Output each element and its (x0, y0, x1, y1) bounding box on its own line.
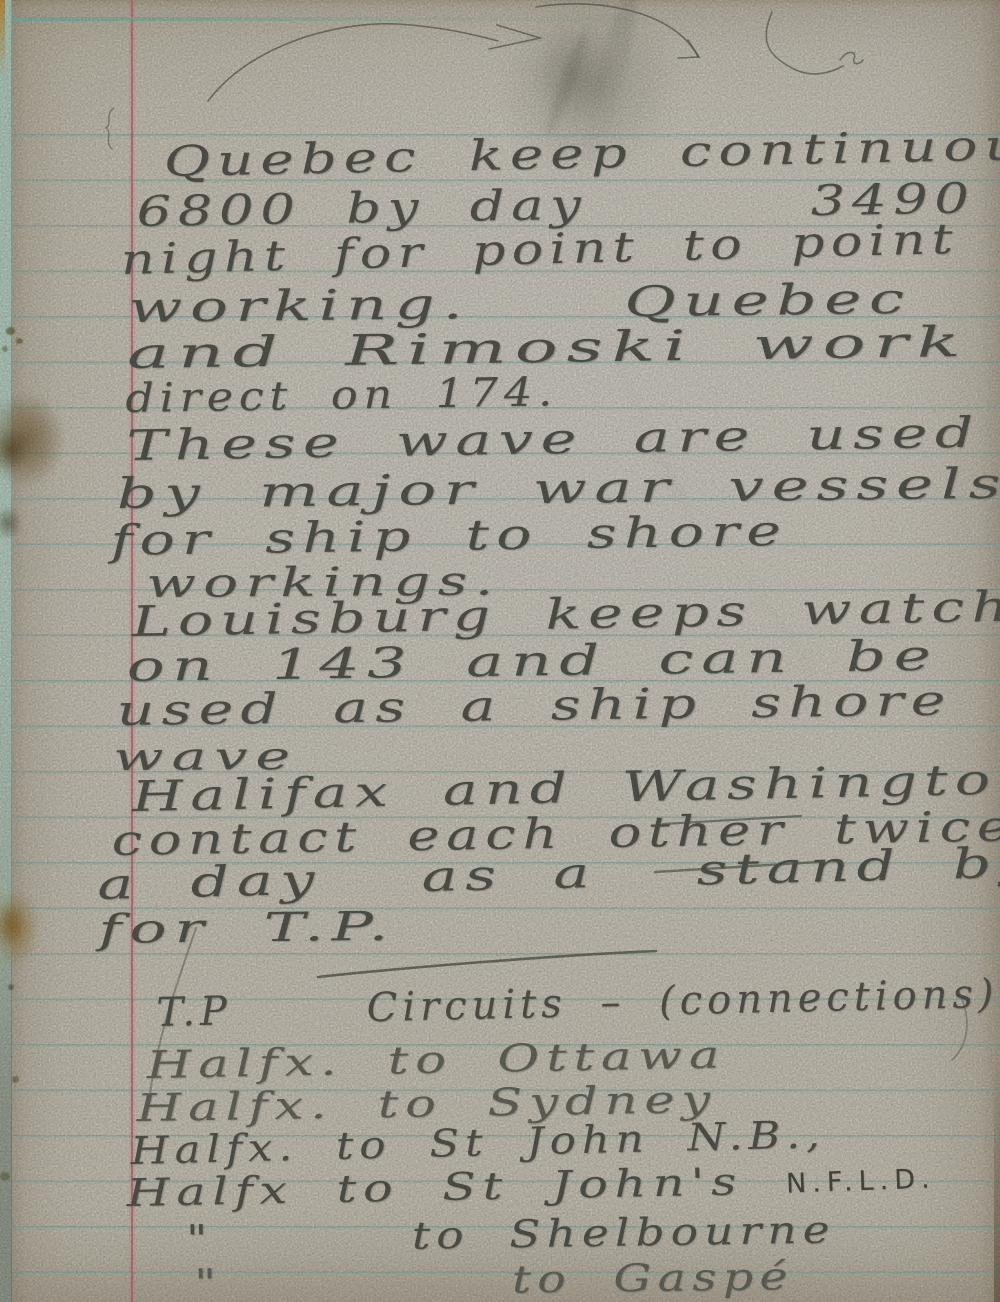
handwriting-line: Halfx. to Ottawa (146, 1036, 727, 1084)
handwriting-line: These wave are used (126, 412, 982, 467)
section-divider-line (318, 951, 656, 977)
flourish-arrow-curve (208, 24, 498, 101)
nfld-annotation: N.F.L.D. (786, 1163, 937, 1199)
speck (0, 1172, 10, 1181)
handwriting-line: T.P Circuits – (connections) (156, 974, 999, 1033)
right-page-edge (994, 1060, 1000, 1302)
handwriting-line: " to Shelbourne (186, 1211, 836, 1258)
speck (6, 327, 15, 335)
notebook-page: Quebec keep continuous 6800 by day 3490 … (0, 0, 1000, 1302)
speck (16, 338, 23, 344)
handwriting-line: Quebec keep continuous (163, 124, 1000, 183)
left-brace-mark (106, 108, 114, 149)
handwriting-line: for T.P. (98, 907, 396, 950)
flourish-hook (840, 52, 863, 63)
bottom-right-shadow (940, 1276, 1000, 1302)
handwriting-line: used as a ship shore (116, 680, 953, 732)
handwriting-line: and Rimoski work (126, 321, 969, 375)
speck (2, 346, 8, 352)
handwriting-line: for ship to shore (110, 510, 789, 562)
left-edge-binding-sliver (0, 0, 5, 80)
handwriting-line: by major war vessels (116, 463, 1000, 515)
speck (8, 984, 14, 990)
flourish-curve (766, 12, 843, 74)
flourish-arrowhead (489, 25, 540, 49)
top-edge-teal-line (0, 17, 760, 21)
left-page-edge (0, 0, 12, 1302)
handwriting-line: direct on 174. (125, 372, 558, 419)
flourish-arrowhead (678, 40, 699, 58)
graphite-smudge (542, 29, 593, 137)
flourish-arrow-curve (536, 4, 698, 57)
speck (12, 1076, 19, 1083)
handwriting-line: " to Gaspé (194, 1257, 794, 1302)
handwriting-line: Halfx to St John's (126, 1162, 743, 1212)
graphite-smudge (520, 10, 630, 140)
